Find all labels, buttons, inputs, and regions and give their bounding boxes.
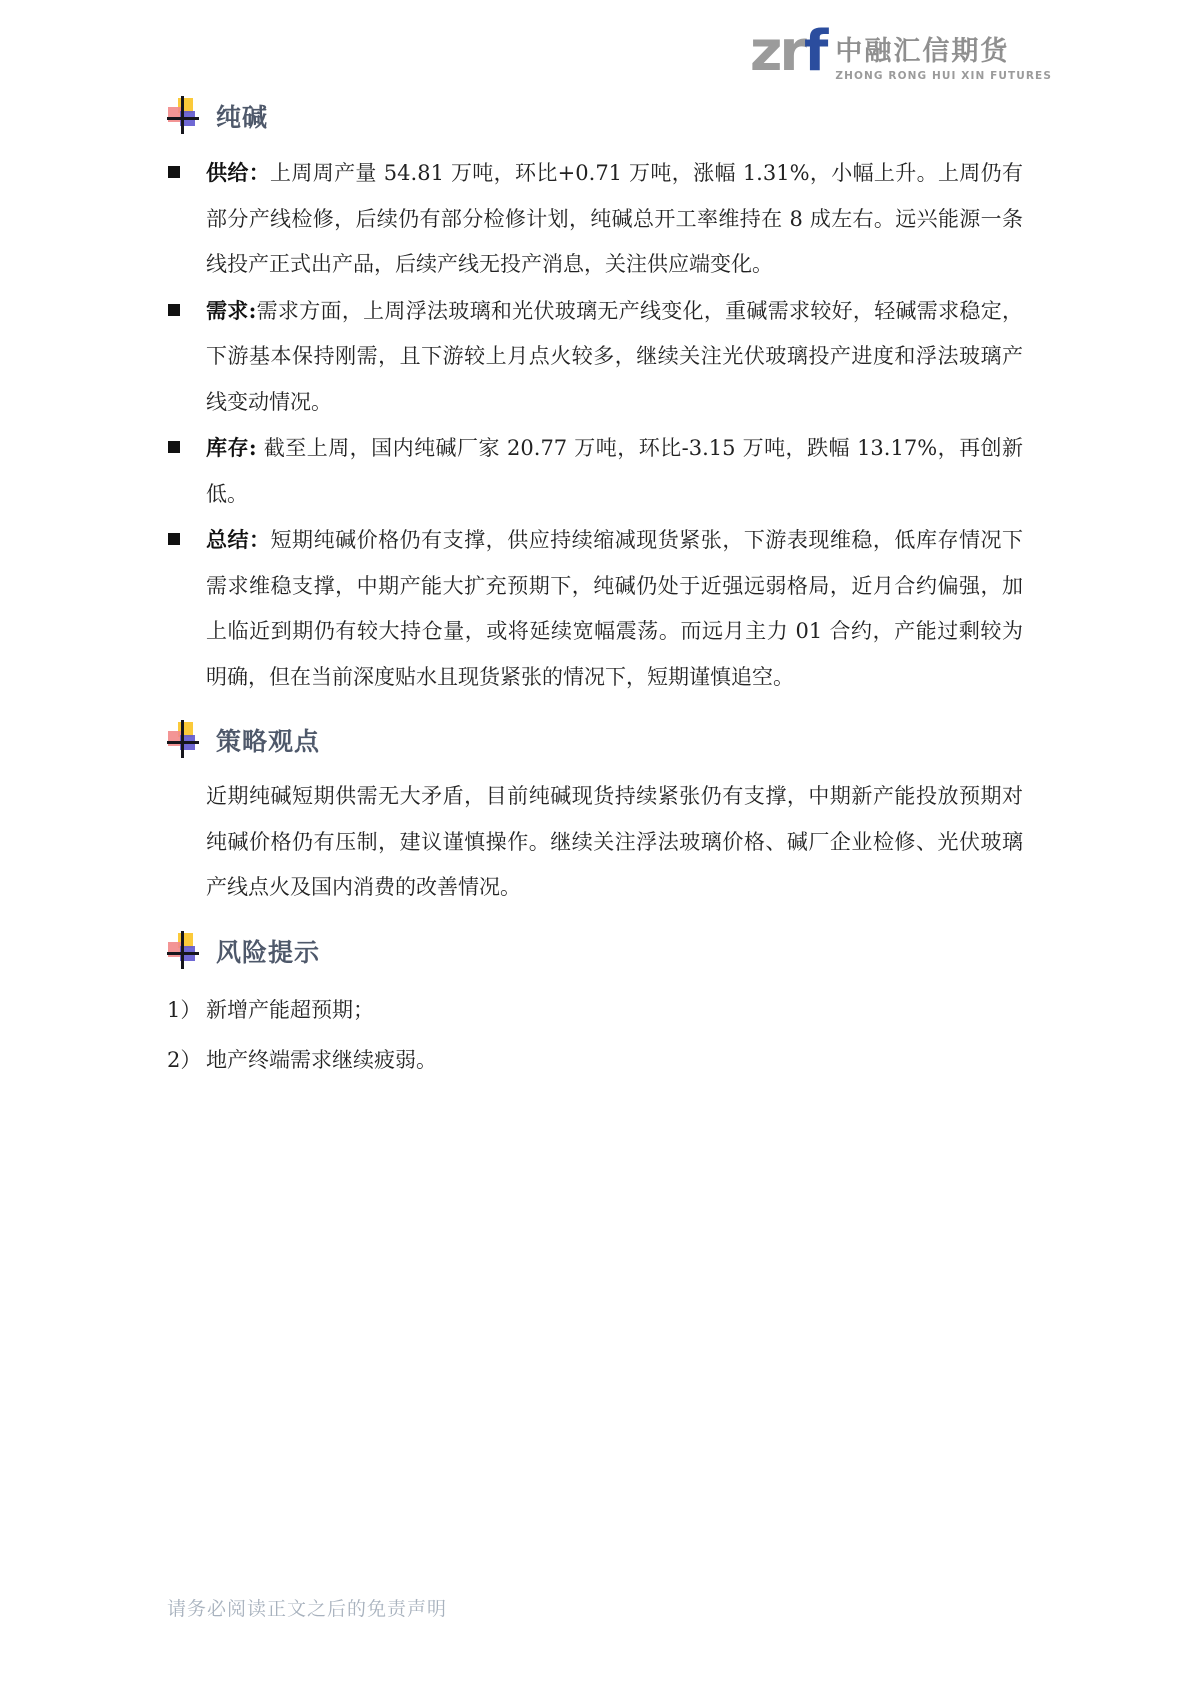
section-title-risk: 风险提示 [216, 933, 320, 969]
icon-cross-vertical [181, 720, 184, 758]
company-logo: zrf 中融汇信期货 ZHONG RONG HUI XIN FUTURES [750, 22, 1052, 82]
report-page: zrf 中融汇信期货 ZHONG RONG HUI XIN FUTURES 纯碱… [0, 0, 1190, 1683]
bullet-summary-text: 短期纯碱价格仍有支撑，供应持续缩减现货紧张，下游表现维稳，低库存情况下需求维稳支… [206, 528, 1023, 689]
logo-company-name-en: ZHONG RONG HUI XIN FUTURES [835, 70, 1052, 82]
icon-cross-vertical [181, 931, 184, 969]
bullet-demand-label: 需求: [206, 298, 256, 323]
section-bullet-icon [167, 720, 199, 760]
risk-item-2-number: 2） [167, 1035, 206, 1085]
bullet-summary: 总结：短期纯碱价格仍有支撑，供应持续缩减现货紧张，下游表现维稳，低库存情况下需求… [167, 517, 1023, 700]
report-content: 纯碱 供给：上周周产量 54.81 万吨，环比+0.71 万吨，涨幅 1.31%… [167, 96, 1023, 1085]
bullet-supply-label: 供给： [206, 160, 270, 185]
icon-cross-horizontal [167, 952, 199, 955]
risk-item-1: 1）新增产能超预期； [167, 985, 1023, 1035]
section-bullet-icon [167, 931, 199, 971]
bullet-supply-text: 上周周产量 54.81 万吨，环比+0.71 万吨，涨幅 1.31%，小幅上升。… [206, 161, 1023, 276]
footer-disclaimer: 请务必阅读正文之后的免责声明 [167, 1594, 447, 1621]
risk-item-2: 2）地产终端需求继续疲弱。 [167, 1035, 1023, 1085]
section-title-soda-ash: 纯碱 [216, 98, 268, 134]
icon-cross-horizontal [167, 741, 199, 744]
square-bullet-icon [168, 441, 180, 453]
bullet-summary-label: 总结： [206, 527, 271, 552]
square-bullet-icon [168, 533, 180, 545]
square-bullet-icon [168, 304, 180, 316]
section-title-strategy: 策略观点 [216, 722, 320, 758]
risk-list: 1）新增产能超预期； 2）地产终端需求继续疲弱。 [167, 985, 1023, 1085]
section-bullet-icon [167, 96, 199, 136]
logo-zr-letters: zr [750, 19, 804, 84]
risk-item-1-number: 1） [167, 985, 206, 1035]
risk-item-1-text: 新增产能超预期； [206, 998, 374, 1022]
bullet-inventory-text: 截至上周，国内纯碱厂家 20.77 万吨，环比-3.15 万吨，跌幅 13.17… [206, 436, 1023, 506]
bullet-inventory: 库存: 截至上周，国内纯碱厂家 20.77 万吨，环比-3.15 万吨，跌幅 1… [167, 425, 1023, 517]
section-heading-strategy: 策略观点 [167, 720, 1023, 760]
icon-cross-horizontal [167, 117, 199, 120]
bullet-demand-text: 需求方面，上周浮法玻璃和光伏玻璃无产线变化，重碱需求较好，轻碱需求稳定，下游基本… [206, 299, 1023, 414]
section-heading-soda-ash: 纯碱 [167, 96, 1023, 136]
strategy-paragraph: 近期纯碱短期供需无大矛盾，目前纯碱现货持续紧张仍有支撑，中期新产能投放预期对纯碱… [167, 774, 1023, 911]
bullet-inventory-label: 库存: [206, 435, 257, 460]
risk-item-2-text: 地产终端需求继续疲弱。 [206, 1048, 437, 1072]
logo-names: 中融汇信期货 ZHONG RONG HUI XIN FUTURES [835, 22, 1052, 82]
section-heading-risk: 风险提示 [167, 931, 1023, 971]
logo-f-letter: f [804, 19, 825, 84]
logo-zrf-mark: zrf [750, 22, 826, 82]
logo-company-name-cn: 中融汇信期货 [835, 36, 1052, 68]
square-bullet-icon [168, 166, 180, 178]
bullet-demand: 需求:需求方面，上周浮法玻璃和光伏玻璃无产线变化，重碱需求较好，轻碱需求稳定，下… [167, 288, 1023, 426]
icon-cross-vertical [181, 96, 184, 134]
bullet-supply: 供给：上周周产量 54.81 万吨，环比+0.71 万吨，涨幅 1.31%，小幅… [167, 150, 1023, 288]
soda-bullet-list: 供给：上周周产量 54.81 万吨，环比+0.71 万吨，涨幅 1.31%，小幅… [167, 150, 1023, 700]
